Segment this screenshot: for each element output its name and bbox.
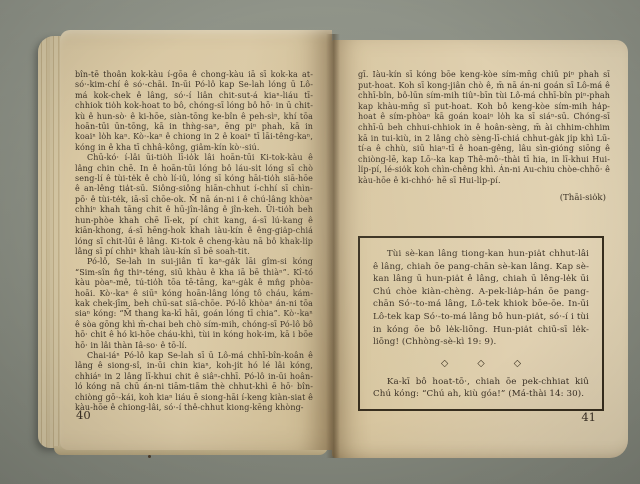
body-paragraph: Pó-lô, Se-lah in sui-jiân tī kaⁿ-ga̍k lā… [75, 257, 313, 351]
to-be-continued-note: (Thāi-sio̍k) [358, 193, 606, 203]
diamond-divider: ◇ ◇ ◇ [373, 358, 589, 369]
diamond-icon: ◇ [477, 358, 484, 369]
paper-speck [148, 455, 151, 458]
quote-box: Tùi sè-kan lâng tiong-kan hun-pia̍t chhu… [358, 236, 604, 411]
book-spine-gutter [326, 34, 340, 458]
body-paragraph: Chū-kó· í-lâi ūi-tio̍h lī-io̍k lâi hoān-… [75, 153, 313, 257]
left-text-column: bîn-tē thoân kok-kàu í-gōa ê chong-kàu i… [75, 70, 313, 413]
diamond-icon: ◇ [514, 358, 521, 369]
body-paragraph: bîn-tē thoân kok-kàu í-gōa ê chong-kàu i… [75, 70, 313, 153]
quote-paragraph: Ka-kī bô hoat-tō·, chiah ōe pek-chhiat k… [373, 376, 589, 401]
page-number-right: 41 [581, 410, 596, 424]
book-photo-background: bîn-tē thoân kok-kàu í-gōa ê chong-kàu i… [0, 0, 640, 484]
page-number-left: 40 [76, 408, 91, 422]
right-page: gī. Iàu-kín sī kóng bōe keng-kòe sím-mn̄… [332, 40, 628, 458]
diamond-icon: ◇ [441, 358, 448, 369]
body-paragraph: Chai-iáⁿ Pó-lô kap Se-lah sī ū Lô-má chh… [75, 351, 313, 413]
right-text-column: gī. Iàu-kín sī kóng bōe keng-kòe sím-mn̄… [358, 70, 610, 203]
body-paragraph: gī. Iàu-kín sī kóng bōe keng-kòe sím-mn̄… [358, 70, 610, 187]
left-page: bîn-tē thoân kok-kàu í-gōa ê chong-kàu i… [60, 30, 332, 450]
quote-paragraph: Tùi sè-kan lâng tiong-kan hun-pia̍t chhu… [373, 248, 589, 349]
